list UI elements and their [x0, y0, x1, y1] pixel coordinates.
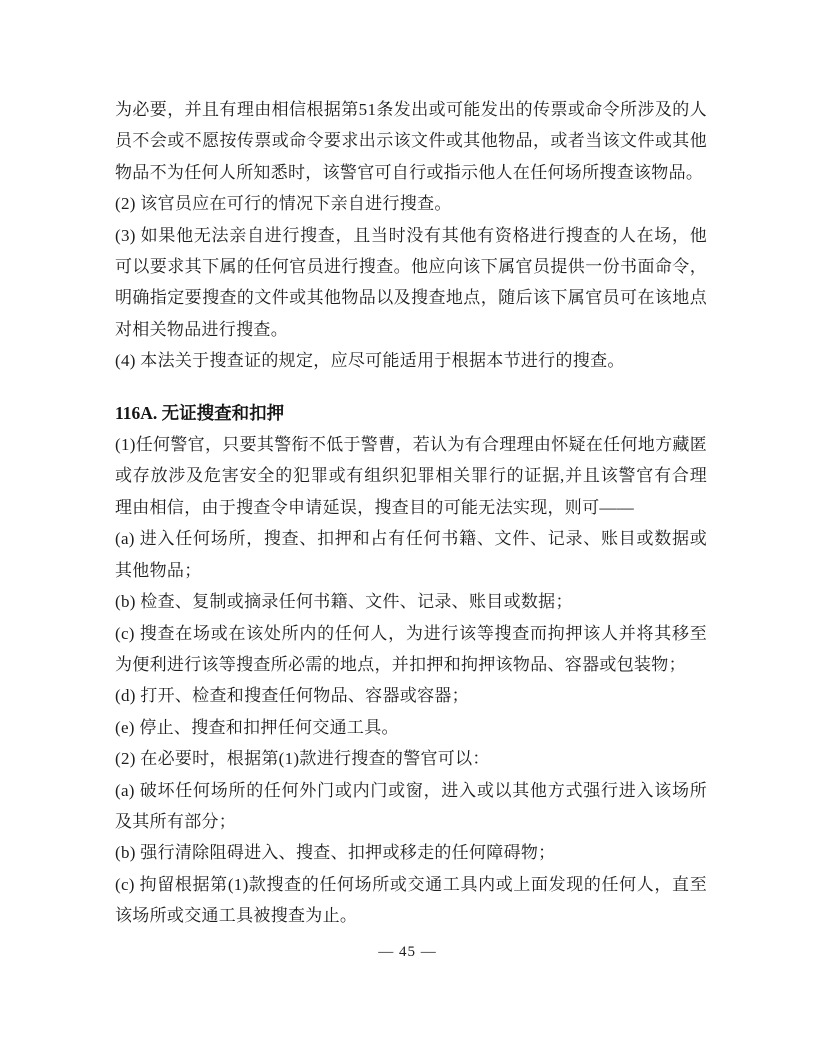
document-body: 为必要，并且有理由相信根据第51条发出或可能发出的传票或命令所涉及的人员不会或不…: [115, 94, 707, 932]
item-1c-paragraph: (c) 搜查在场或在该处所内的任何人，为进行该等搜查而拘押该人并将其移至为便利进…: [115, 618, 707, 681]
page-number: — 45 —: [0, 942, 815, 962]
section-heading-116a: 116A. 无证搜查和扣押: [115, 398, 707, 429]
item-1d-paragraph: (d) 打开、检查和搜查任何物品、容器或容器；: [115, 680, 707, 711]
section-clause-2-paragraph: (2) 在必要时，根据第(1)款进行搜查的警官可以：: [115, 743, 707, 774]
clause-4-paragraph: (4) 本法关于搜查证的规定，应尽可能适用于根据本节进行的搜查。: [115, 345, 707, 376]
item-2b-paragraph: (b) 强行清除阻碍进入、搜查、扣押或移走的任何障碍物；: [115, 837, 707, 868]
clause-3-paragraph: (3) 如果他无法亲自进行搜查，且当时没有其他有资格进行搜查的人在场，他可以要求…: [115, 220, 707, 346]
item-1e-paragraph: (e) 停止、搜查和扣押任何交通工具。: [115, 712, 707, 743]
clause-2-paragraph: (2) 该官员应在可行的情况下亲自进行搜查。: [115, 188, 707, 219]
item-2a-paragraph: (a) 破坏任何场所的任何外门或内门或窗，进入或以其他方式强行进入该场所及其所有…: [115, 775, 707, 838]
paragraph-continuation: 为必要，并且有理由相信根据第51条发出或可能发出的传票或命令所涉及的人员不会或不…: [115, 94, 707, 188]
item-2c-paragraph: (c) 拘留根据第(1)款搜查的任何场所或交通工具内或上面发现的任何人，直至该场…: [115, 869, 707, 932]
item-1a-paragraph: (a) 进入任何场所，搜查、扣押和占有任何书籍、文件、记录、账目或数据或其他物品…: [115, 523, 707, 586]
document-page: 为必要，并且有理由相信根据第51条发出或可能发出的传票或命令所涉及的人员不会或不…: [0, 0, 815, 1055]
item-1b-paragraph: (b) 检查、复制或摘录任何书籍、文件、记录、账目或数据；: [115, 586, 707, 617]
section-clause-1-paragraph: (1)任何警官，只要其警衔不低于警曹，若认为有合理理由怀疑在任何地方藏匿或存放涉…: [115, 429, 707, 523]
